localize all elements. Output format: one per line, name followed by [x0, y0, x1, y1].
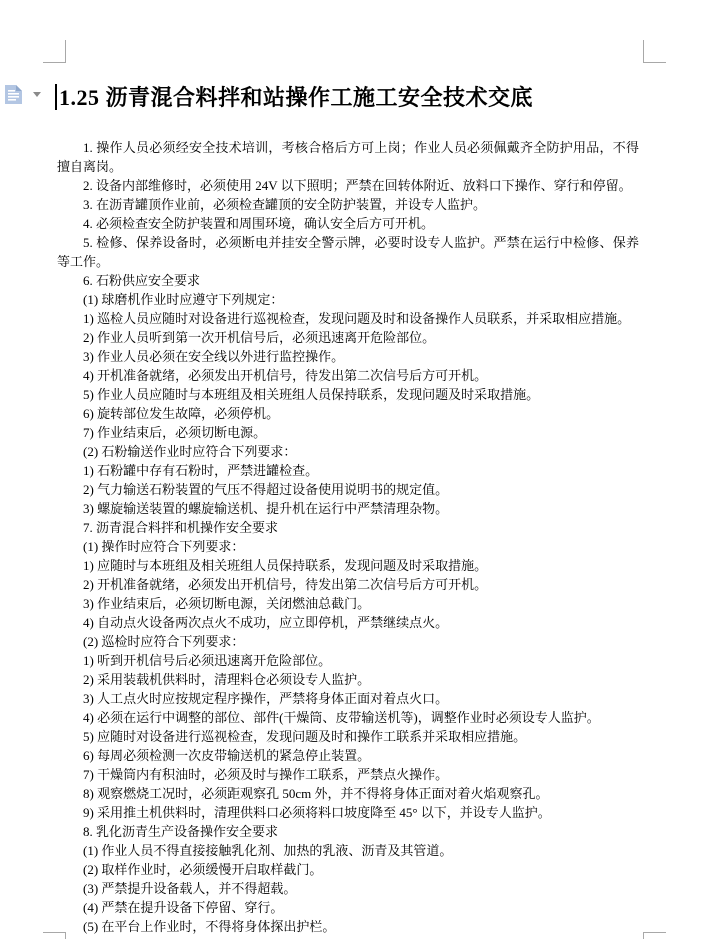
paragraph: 6) 旋转部位发生故障，必须停机。	[57, 404, 639, 423]
paragraph: 1) 应随时与本班组及相关班组人员保持联系，发现问题及时采取措施。	[57, 556, 639, 575]
document-body[interactable]: 1. 操作人员必须经安全技术培训，考核合格后方可上岗；作业人员必须佩戴齐全防护用…	[57, 138, 639, 936]
paragraph: 6) 每周必须检测一次皮带输送机的紧急停止装置。	[57, 746, 639, 765]
paragraph: 6. 石粉供应安全要求	[57, 271, 639, 290]
paragraph: 2) 开机准备就绪，必须发出开机信号，待发出第二次信号后方可开机。	[57, 575, 639, 594]
paragraph: 3) 作业结束后，必须切断电源，关闭燃油总截门。	[57, 594, 639, 613]
paragraph: 2) 气力输送石粉装置的气压不得超过设备使用说明书的规定值。	[57, 480, 639, 499]
paragraph: 2. 设备内部维修时，必须使用 24V 以下照明；严禁在回转体附近、放料口下操作…	[57, 176, 639, 195]
crop-mark-top-left	[43, 40, 66, 63]
paragraph: 2) 采用装载机供料时，清理料仓必须设专人监护。	[57, 670, 639, 689]
paragraph: (5) 在平台上作业时，不得将身体探出护栏。	[57, 917, 639, 936]
paragraph: 1) 石粉罐中存有石粉时，严禁进罐检查。	[57, 461, 639, 480]
paragraph: (1) 作业人员不得直接接触乳化剂、加热的乳液、沥青及其管道。	[57, 841, 639, 860]
paragraph: 3) 人工点火时应按规定程序操作，严禁将身体正面对着点火口。	[57, 689, 639, 708]
crop-mark-top-right	[643, 40, 666, 63]
paragraph: 1. 操作人员必须经安全技术培训，考核合格后方可上岗；作业人员必须佩戴齐全防护用…	[57, 138, 639, 176]
paragraph: 4. 必须检查安全防护装置和周围环境，确认安全后方可开机。	[57, 214, 639, 233]
paragraph: 4) 开机准备就绪，必须发出开机信号，待发出第二次信号后方可开机。	[57, 366, 639, 385]
paragraph: (1) 球磨机作业时应遵守下列规定：	[57, 290, 639, 309]
paragraph: 8) 观察燃烧工况时，必须距观察孔 50cm 外，并不得将身体正面对着火焰观察孔…	[57, 784, 639, 803]
paragraph: 4) 自动点火设备两次点火不成功，应立即停机，严禁继续点火。	[57, 613, 639, 632]
paragraph: (2) 石粉输送作业时应符合下列要求：	[57, 442, 639, 461]
paragraph: (4) 严禁在提升设备下停留、穿行。	[57, 898, 639, 917]
paragraph: 9) 采用推土机供料时，清理供料口必须将料口坡度降至 45° 以下，并设专人监护…	[57, 803, 639, 822]
paragraph: (2) 巡检时应符合下列要求：	[57, 632, 639, 651]
paragraph: 7. 沥青混合料拌和机操作安全要求	[57, 518, 639, 537]
paragraph: 7) 干燥筒内有积油时，必须及时与操作工联系，严禁点火操作。	[57, 765, 639, 784]
paragraph: 1) 巡检人员应随时对设备进行巡视检查，发现问题及时和设备操作人员联系，并采取相…	[57, 309, 639, 328]
paragraph: (3) 严禁提升设备载人，并不得超载。	[57, 879, 639, 898]
paragraph: 3) 螺旋输送装置的螺旋输送机、提升机在运行中严禁清理杂物。	[57, 499, 639, 518]
paragraph: 1) 听到开机信号后必须迅速离开危险部位。	[57, 651, 639, 670]
paragraph: 5) 应随时对设备进行巡视检查，发现问题及时和操作工联系并采取相应措施。	[57, 727, 639, 746]
paragraph: 8. 乳化沥青生产设备操作安全要求	[57, 822, 639, 841]
paragraph: 3) 作业人员必须在安全线以外进行监控操作。	[57, 347, 639, 366]
paragraph: 5) 作业人员应随时与本班组及相关班组人员保持联系，发现问题及时采取措施。	[57, 385, 639, 404]
chevron-down-icon	[33, 92, 41, 97]
crop-mark-bottom-right	[643, 932, 666, 939]
paragraph: (1) 操作时应符合下列要求：	[57, 537, 639, 556]
text-cursor	[55, 84, 57, 110]
paragraph: 5. 检修、保养设备时，必须断电并挂安全警示牌，必要时设专人监护。严禁在运行中检…	[57, 233, 639, 271]
document-page: 1.25 沥青混合料拌和站操作工施工安全技术交底 1. 操作人员必须经安全技术培…	[0, 0, 702, 939]
document-style-icon	[4, 84, 23, 105]
paragraph: 7) 作业结束后，必须切断电源。	[57, 423, 639, 442]
paragraph: (2) 取样作业时，必须缓慢开启取样截门。	[57, 860, 639, 879]
page-title: 1.25 沥青混合料拌和站操作工施工安全技术交底	[59, 81, 533, 112]
paragraph: 4) 必须在运行中调整的部位、部件(干燥筒、皮带输送机等)，调整作业时必须设专人…	[57, 708, 639, 727]
style-options-button[interactable]	[4, 82, 50, 106]
paragraph: 3. 在沥青罐顶作业前，必须检查罐顶的安全防护装置，并设专人监护。	[57, 195, 639, 214]
paragraph: 2) 作业人员听到第一次开机信号后，必须迅速离开危险部位。	[57, 328, 639, 347]
